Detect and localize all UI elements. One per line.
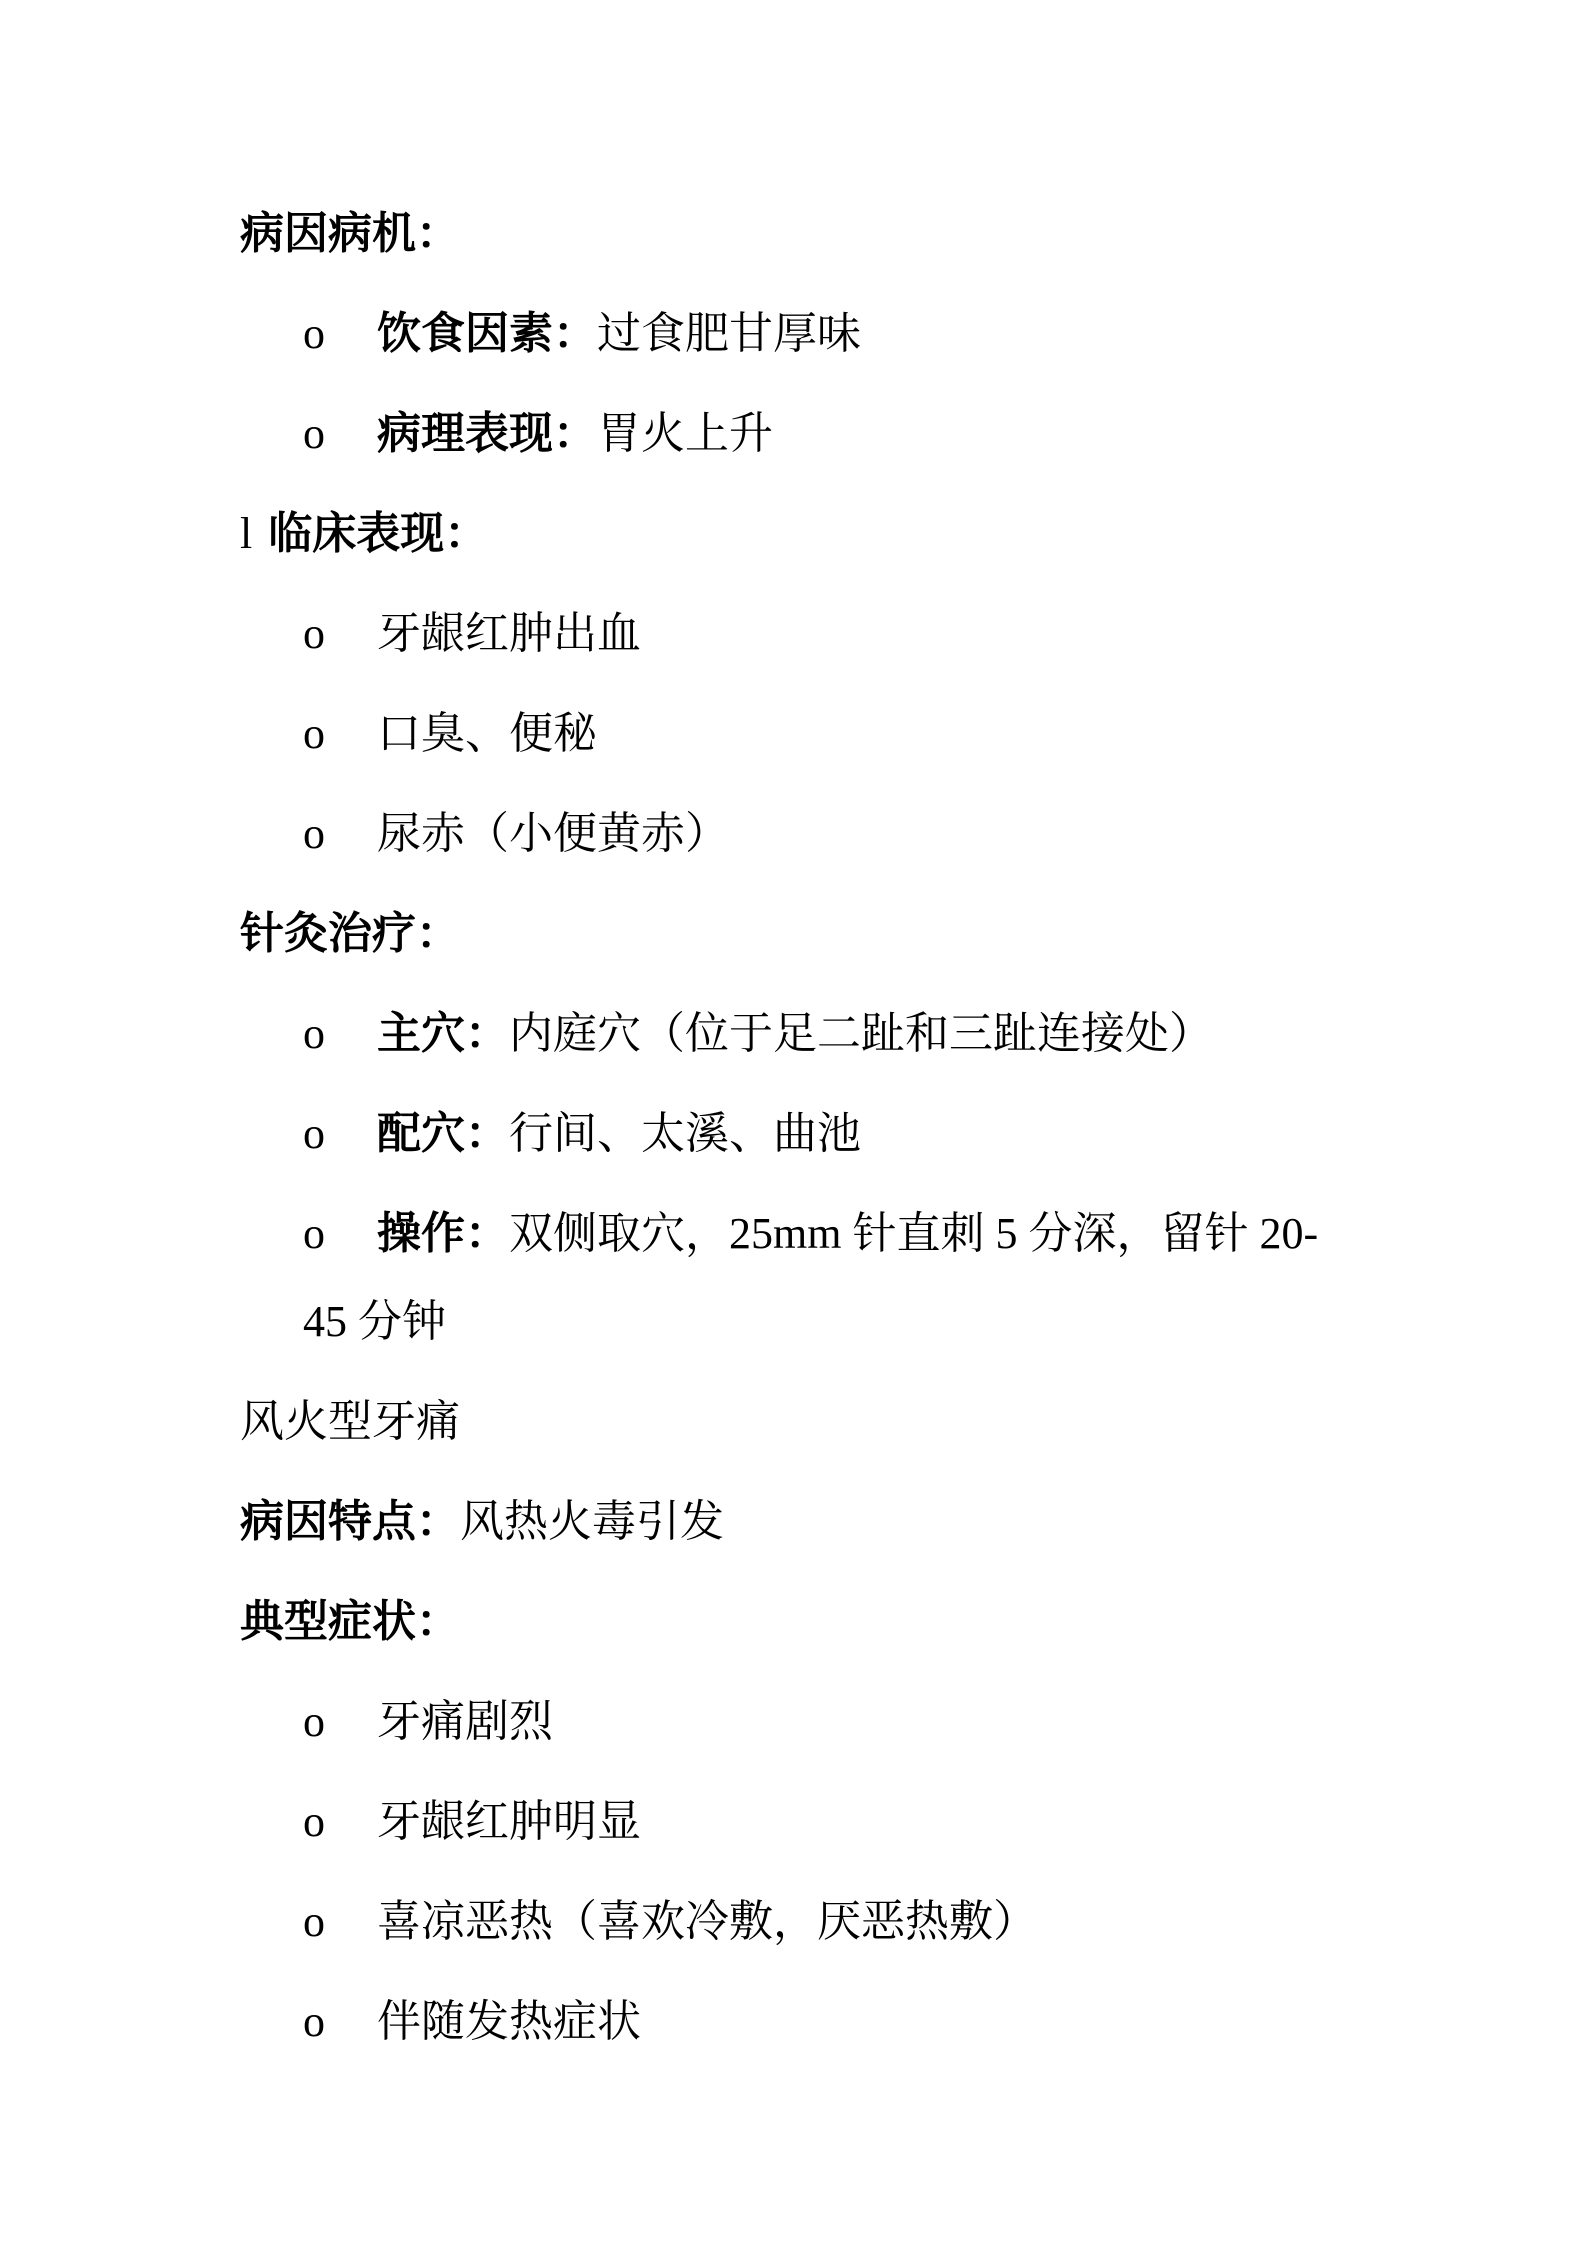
line-label: 病因特点：: [240, 1497, 460, 1546]
bullet-label: 操作：: [377, 1209, 509, 1258]
bullet-item-pathology: o病理表现：胃火上升: [303, 390, 1357, 478]
bullet-text: 牙痛剧烈: [377, 1697, 553, 1746]
bullet-item-operation: o操作：双侧取穴，25mm 针直刺 5 分深，留针 20-45 分钟: [303, 1190, 1357, 1366]
line-cause-characteristics: 病因特点：风热火毒引发: [240, 1478, 1357, 1566]
heading-label: 典型症状：: [240, 1597, 460, 1646]
bullet-item-severe-pain: o牙痛剧烈: [303, 1678, 1357, 1766]
bullet-marker: o: [303, 590, 377, 678]
bullet-text: 喜凉恶热（喜欢冷敷，厌恶热敷）: [377, 1897, 1037, 1946]
bullet-item-diet-factor: o饮食因素：过食肥甘厚味: [303, 290, 1357, 378]
heading-label: 临床表现：: [268, 509, 488, 558]
heading-label: 针灸治疗：: [240, 909, 460, 958]
bullet-marker: o: [303, 290, 377, 378]
bullet-marker: o: [303, 1190, 377, 1278]
bullet-marker: o: [303, 1778, 377, 1866]
bullet-marker: o: [303, 690, 377, 778]
subtitle-wind-fire-toothache: 风火型牙痛: [240, 1378, 1357, 1466]
bullet-label: 饮食因素：: [377, 309, 597, 358]
bullet-text: 尿赤（小便黄赤）: [377, 809, 729, 858]
bullet-text: 胃火上升: [597, 409, 773, 458]
heading-label: 病因病机：: [240, 209, 460, 258]
bullet-text: 过食肥甘厚味: [597, 309, 861, 358]
bullet-item-gum-bleeding: o牙龈红肿出血: [303, 590, 1357, 678]
bullet-text: 行间、太溪、曲池: [509, 1109, 861, 1158]
bullet-text: 口臭、便秘: [377, 709, 597, 758]
bullet-item-supporting-points: o配穴：行间、太溪、曲池: [303, 1090, 1357, 1178]
bullet-text: 牙龈红肿明显: [377, 1797, 641, 1846]
subtitle-text: 风火型牙痛: [240, 1397, 460, 1446]
bullet-marker: o: [303, 990, 377, 1078]
bullet-text: 伴随发热症状: [377, 1997, 641, 2046]
heading-acupuncture-treatment: 针灸治疗：: [240, 890, 1357, 978]
document-page: 病因病机： o饮食因素：过食肥甘厚味 o病理表现：胃火上升 l临床表现： o牙龈…: [0, 0, 1587, 2245]
bullet-marker: o: [303, 790, 377, 878]
bullet-item-fever-symptoms: o伴随发热症状: [303, 1978, 1357, 2066]
bullet-label: 配穴：: [377, 1109, 509, 1158]
bullet-item-main-point: o主穴：内庭穴（位于足二趾和三趾连接处）: [303, 990, 1357, 1078]
bullet-text: 内庭穴（位于足二趾和三趾连接处）: [509, 1009, 1213, 1058]
bullet-text: 牙龈红肿出血: [377, 609, 641, 658]
bullet-marker: o: [303, 1090, 377, 1178]
bullet-marker: o: [303, 390, 377, 478]
bullet-item-bad-breath: o口臭、便秘: [303, 690, 1357, 778]
bullet-marker: o: [303, 1878, 377, 1966]
bullet-label: 病理表现：: [377, 409, 597, 458]
list-marker-artifact: l: [240, 490, 252, 578]
bullet-label: 主穴：: [377, 1009, 509, 1058]
bullet-item-prefers-cold: o喜凉恶热（喜欢冷敷，厌恶热敷）: [303, 1878, 1357, 1966]
line-text: 风热火毒引发: [460, 1497, 724, 1546]
heading-typical-symptoms: 典型症状：: [240, 1578, 1357, 1666]
bullet-marker: o: [303, 1978, 377, 2066]
heading-clinical-manifestations: l临床表现：: [240, 490, 1357, 578]
bullet-marker: o: [303, 1678, 377, 1766]
bullet-item-dark-urine: o尿赤（小便黄赤）: [303, 790, 1357, 878]
bullet-item-gum-swelling: o牙龈红肿明显: [303, 1778, 1357, 1866]
heading-etiology: 病因病机：: [240, 190, 1357, 278]
